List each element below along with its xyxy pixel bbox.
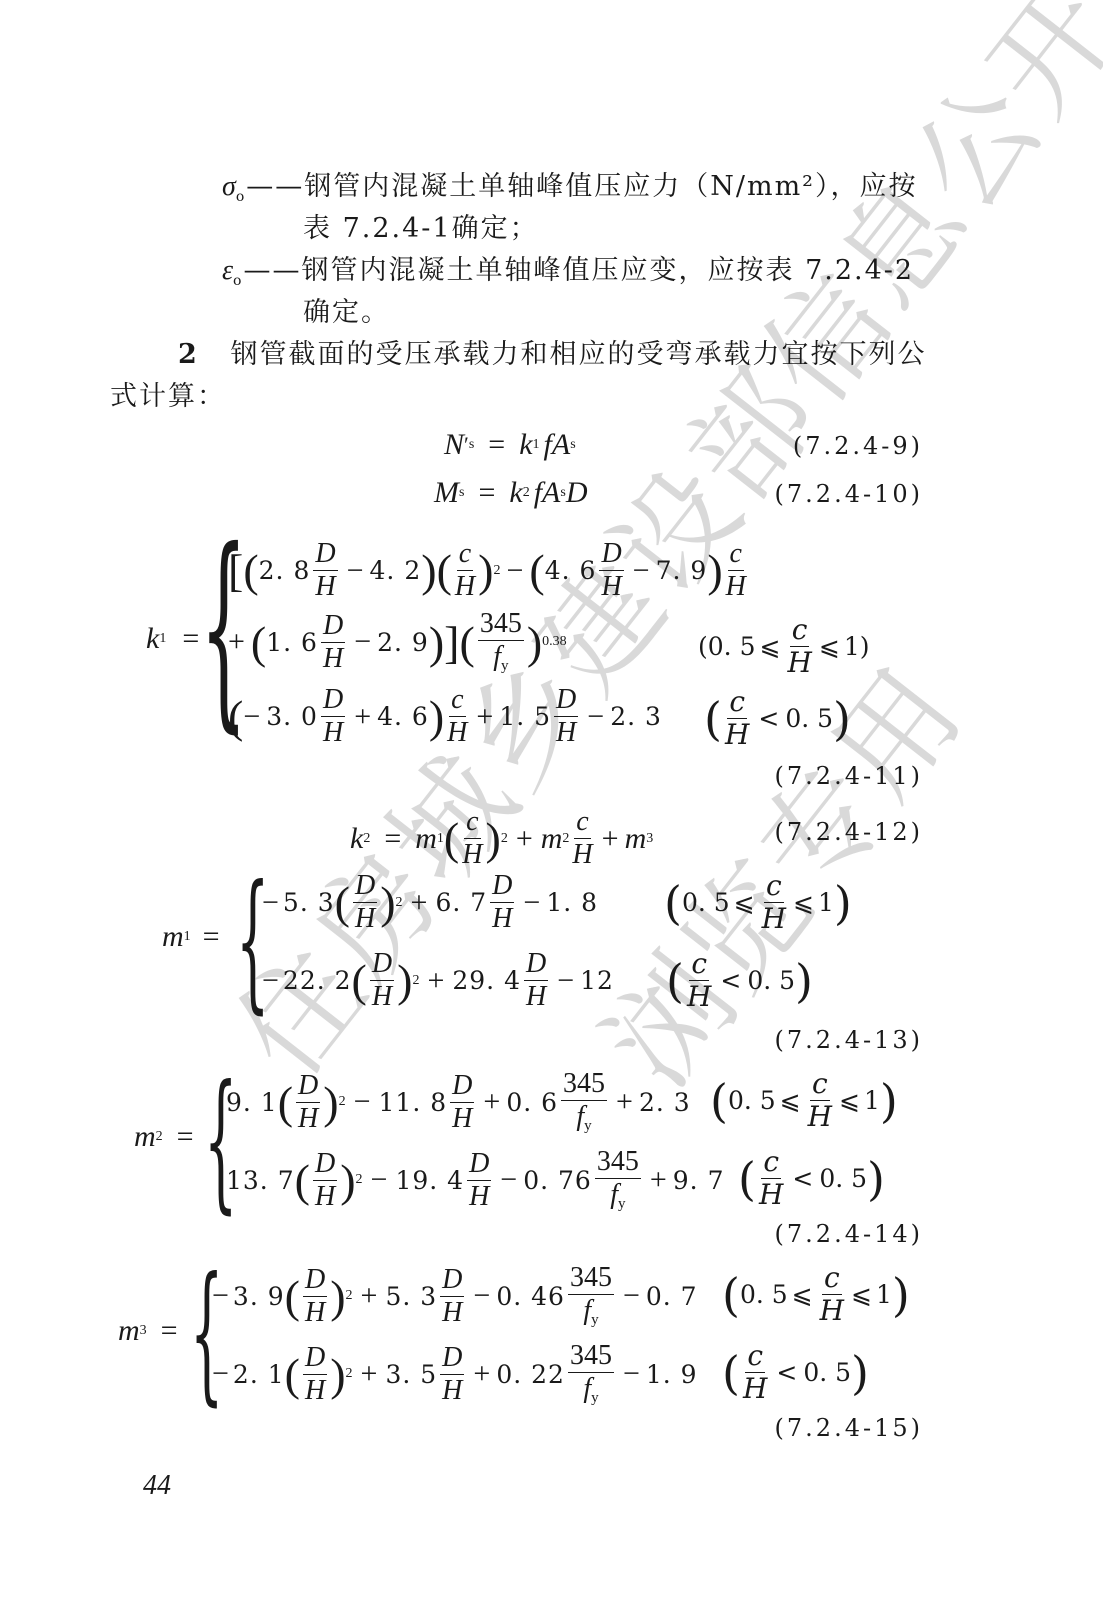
clause-2: 2 钢管截面的受压承载力和相应的受弯承载力宜按下列公 bbox=[178, 338, 927, 372]
equation-number: (7.2.4-10) bbox=[775, 480, 923, 508]
definition-sigma-cont: 表 7.2.4-1确定； bbox=[303, 212, 539, 246]
equation-15-case1: −3. 9 ( DH )2 +5. 3 DH −0. 46 345fy −0. … bbox=[212, 1264, 698, 1328]
equation-number: (7.2.4-9) bbox=[793, 432, 923, 460]
equation-14-lhs: m2 = bbox=[134, 1120, 194, 1154]
sigma-symbol: σ bbox=[222, 171, 236, 202]
equation-11-case2-condition: ( cH <0. 5 ) bbox=[704, 688, 851, 749]
equation-11-case1-line2: + (1. 6 DH −2. 9 )]( 345fy )0.38 bbox=[228, 610, 567, 674]
definition-text: 钢管内混凝土单轴峰值压应变，应按表 7.2.4-2 bbox=[301, 255, 914, 286]
equation-13-lhs: m1 = bbox=[162, 920, 220, 954]
equation-number: (7.2.4-11) bbox=[775, 762, 923, 790]
equation-11-lhs: k1 = bbox=[146, 622, 199, 656]
page-number: 44 bbox=[143, 1470, 171, 1502]
equation-10: Ms = k2 fAsD bbox=[434, 476, 588, 510]
equation-12: k2 = m1 ( cH )2 + m2 cH + m3 bbox=[350, 808, 653, 869]
equation-13-case2: −22. 2 ( DH )2 +29. 4 DH −12 bbox=[262, 950, 614, 1011]
equation-14-case1: 9. 1 ( DH )2 −11. 8 DH +0. 6 345fy +2. 3 bbox=[226, 1070, 691, 1134]
equation-number: (7.2.4-14) bbox=[775, 1220, 923, 1248]
equation-14-case2-condition: ( cH <0. 5 ) bbox=[738, 1148, 885, 1209]
equation-13-case1-condition: (0. 5 ⩽ cH ⩽1 ) bbox=[664, 872, 852, 933]
equation-9: N′s = k1 fAs bbox=[444, 428, 576, 462]
document-page: 住房城乡建设部信息公开 浏览专用 σo——钢管内混凝土单轴峰值压应力（N/mm²… bbox=[0, 0, 1103, 1598]
equation-number: (7.2.4-12) bbox=[775, 818, 923, 846]
equation-number: (7.2.4-13) bbox=[775, 1026, 923, 1054]
definition-epsilon-cont: 确定。 bbox=[303, 296, 390, 330]
equation-15-case1-condition: (0. 5 ⩽ cH ⩽1 ) bbox=[722, 1264, 910, 1325]
equation-15-lhs: m3 = bbox=[118, 1314, 178, 1348]
definition-epsilon: εo——钢管内混凝土单轴峰值压应变，应按表 7.2.4-2 bbox=[222, 254, 914, 298]
equation-13-case2-condition: ( cH <0. 5 ) bbox=[666, 950, 813, 1011]
clause-2-cont: 式计算： bbox=[110, 380, 226, 414]
equation-14-case2: 13. 7 ( DH )2 −19. 4 DH −0. 76 345fy +9.… bbox=[226, 1148, 724, 1212]
equation-11-case1-condition: (0. 5 ⩽ cH ⩽1) bbox=[698, 616, 869, 677]
equation-11-case1-line1: [( 2. 8 DH −4. 2 )( cH )2 − (4. 6 DH −7.… bbox=[228, 540, 749, 601]
equation-number: (7.2.4-15) bbox=[775, 1414, 923, 1442]
equation-11-case2: ( −3. 0 DH +4. 6 ) cH +1. 5 DH −2. 3 bbox=[228, 686, 662, 747]
equation-14-case1-condition: (0. 5 ⩽ cH ⩽1 ) bbox=[710, 1070, 898, 1131]
equation-15-case2: −2. 1 ( DH )2 +3. 5 DH +0. 22 345fy −1. … bbox=[212, 1342, 698, 1406]
equation-13-case1: −5. 3 ( DH )2 +6. 7 DH −1. 8 bbox=[262, 872, 598, 933]
definition-text: 钢管内混凝土单轴峰值压应力（N/mm²），应按 bbox=[304, 171, 917, 202]
clause-number: 2 bbox=[178, 339, 199, 370]
definition-sigma: σo——钢管内混凝土单轴峰值压应力（N/mm²），应按 bbox=[222, 170, 918, 214]
epsilon-symbol: ε bbox=[222, 255, 233, 286]
equation-15-case2-condition: ( cH <0. 5 ) bbox=[722, 1342, 869, 1403]
